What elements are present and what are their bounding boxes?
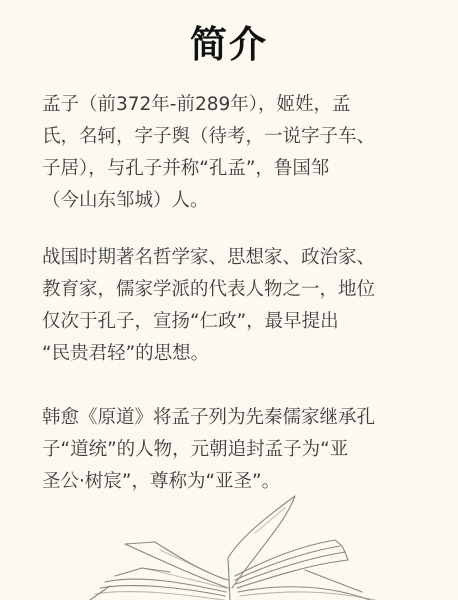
text-line: 孟子（前372年-前289年），姬姓，孟: [42, 89, 422, 121]
text-line: “民贵君轻”的思想。: [42, 338, 422, 370]
paragraph-intro: 孟子（前372年-前289年），姬姓，孟 氏，名轲，字子舆（待考，一说字子车、 …: [42, 89, 422, 217]
paragraph-legacy: 韩愈《原道》将孟子列为先秦儒家继承孔 子“道统”的人物，元朝追封孟子为“亚 圣公…: [42, 402, 422, 498]
paragraph-role: 战国时期著名哲学家、思想家、政治家、 教育家，儒家学派的代表人物之一，地位 仅次…: [42, 242, 422, 370]
text-line: 仅次于孔子，宣扬“仁政”，最早提出: [42, 306, 422, 338]
text-line: 韩愈《原道》将孟子列为先秦儒家继承孔: [42, 402, 422, 434]
text-line: 教育家，儒家学派的代表人物之一，地位: [42, 274, 422, 306]
text-line: （今山东邹城）人。: [42, 185, 422, 217]
text-line: 子“道统”的人物，元朝追封孟子为“亚: [42, 434, 422, 466]
open-book-sketch-icon: [80, 488, 380, 600]
text-line: 战国时期著名哲学家、思想家、政治家、: [42, 242, 422, 274]
page-title: 简介: [0, 22, 458, 68]
text-line: 子居），与孔子并称“孔孟”，鲁国邹: [42, 153, 422, 185]
text-line: 氏，名轲，字子舆（待考，一说字子车、: [42, 121, 422, 153]
